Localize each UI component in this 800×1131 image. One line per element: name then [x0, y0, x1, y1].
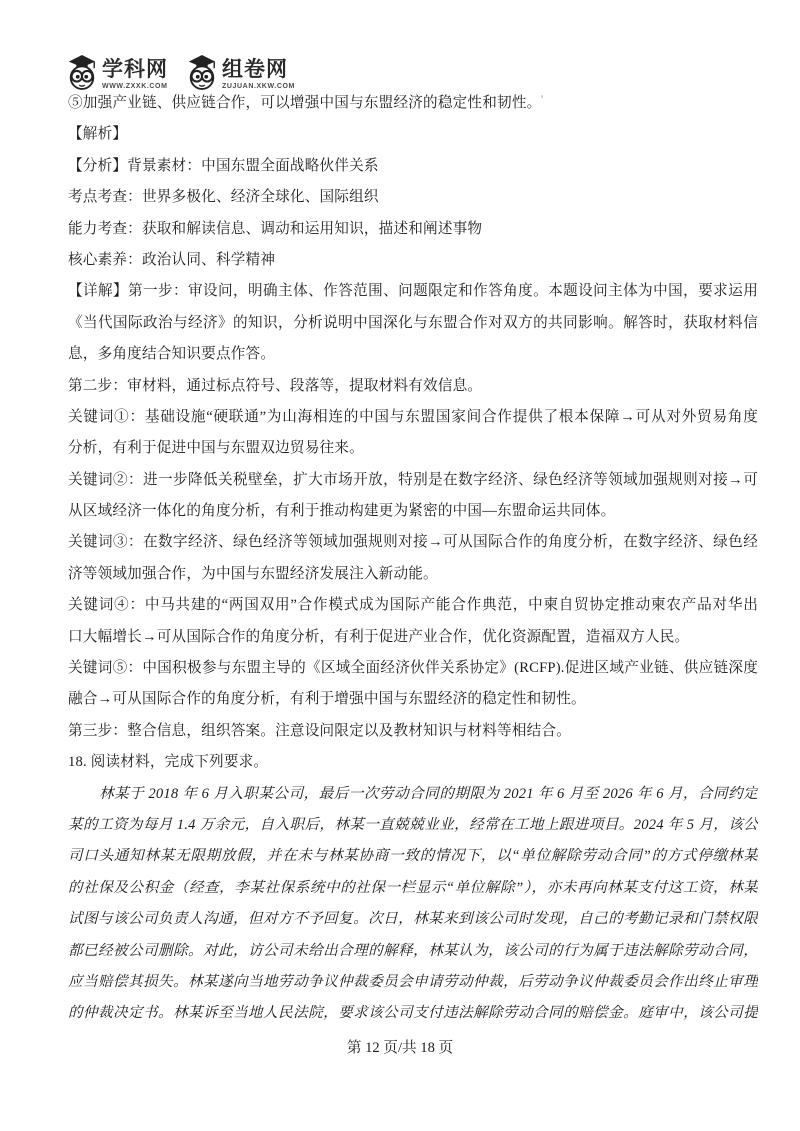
text-line: 都已经被公司删除。对此，访公司未给出合理的解释，林某认为，该公司的行为属于违法解… — [68, 936, 758, 967]
page-number-footer: 第 12 页/共 18 页 — [0, 1036, 800, 1057]
text-line: 关键词①：基础设施“硬联通”为山海相连的中国与东盟国家间合作提供了根本保障→可从… — [68, 402, 758, 433]
logo-name: 学科网 — [102, 59, 168, 80]
text-line: 某的工资为每月 1.4 万余元，自入职后，林某一直兢兢业业，经常在工地上跟进项目… — [68, 810, 758, 841]
text-line: 【详解】第一步：审设问，明确主体、作答范围、问题限定和作答角度。本题设问主体为中… — [68, 276, 758, 307]
text-line: ⑤加强产业链、供应链合作，可以增强中国与东盟经济的稳定性和韧性。 — [68, 88, 758, 119]
text-line: 《当代国际政治与经济》的知识，分析说明中国深化与东盟合作对双方的共同影响。解答时… — [68, 308, 758, 339]
text-line: 18. 阅读材料，完成下列要求。 — [68, 747, 758, 778]
text-line: 考点考查：世界多极化、经济全球化、国际组织 — [68, 182, 758, 213]
text-line: 口大幅增长→可从国际合作的角度分析，有利于促进产业合作，优化资源配置，造福双方人… — [68, 622, 758, 653]
text-line: 关键词③：在数字经济、绿色经济等领域加强规则对接→可从国际合作的角度分析，在数字… — [68, 527, 758, 558]
text-line: 的仲裁决定书。林某诉至当地人民法院，要求该公司支付违法解除劳动合同的赔偿金。庭审… — [68, 998, 758, 1029]
text-line: 司口头通知林某无限期放假，并在未与林某协商一致的情况下，以“单位解除劳动合同”的… — [68, 841, 758, 872]
text-line: 核心素养：政治认同、科学精神 — [68, 245, 758, 276]
logo-text: 组卷网 zujuan.xkw.com — [222, 59, 295, 90]
text-line: 试图与该公司负责人沟通，但对方不予回复。次日，林某来到该公司时发现，自己的考勤记… — [68, 904, 758, 935]
text-line: 能力考查：获取和解读信息、调动和运用知识，描述和阐述事物 — [68, 214, 758, 245]
text-line: 应当赔偿其损失。林某遂向当地劳动争议仲裁委员会申请劳动仲裁，后劳动争议仲裁委员会… — [68, 967, 758, 998]
logo-name: 组卷网 — [222, 59, 295, 80]
text-line: 息，多角度结合知识要点作答。 — [68, 339, 758, 370]
text-line: 【分析】背景素材：中国东盟全面战略伙伴关系 — [68, 151, 758, 182]
logo-text: 学科网 www.zxxk.com — [102, 59, 168, 90]
text-line: 分析，有利于促进中国与东盟双边贸易往来。 — [68, 433, 758, 464]
text-line: 济等领域加强合作，为中国与东盟经济发展注入新动能。 — [68, 559, 758, 590]
text-line: 【解析】 — [68, 119, 758, 150]
document-body: ⑤加强产业链、供应链合作，可以增强中国与东盟经济的稳定性和韧性。【解析】【分析】… — [68, 88, 758, 1030]
text-line: 关键词④：中马共建的“两国双用”合作模式成为国际产能合作典范，中柬自贸协定推动柬… — [68, 590, 758, 621]
text-line: 的社保及公积金（经查，李某社保系统中的社保一栏显示“单位解除”），亦未再向林某支… — [68, 873, 758, 904]
text-line: 融合→可从国际合作的角度分析，有利于增强中国与东盟经济的稳定性和韧性。 — [68, 684, 758, 715]
text-line: 从区域经济一体化的角度分析，有利于推动构建更为紧密的中国—东盟命运共同体。 — [68, 496, 758, 527]
text-line: 关键词②：进一步降低关税壁垒，扩大市场开放，特别是在数字经济、绿色经济等领域加强… — [68, 465, 758, 496]
text-line: 第三步：整合信息，组织答案。注意设问限定以及教材知识与材料等相结合。 — [68, 716, 758, 747]
text-line: 第二步：审材料，通过标点符号、段落等，提取材料有效信息。 — [68, 371, 758, 402]
document-page: 学科网 www.zxxk.com 组卷网 — [0, 0, 800, 1131]
text-line: 林某于 2018 年 6 月入职某公司，最后一次劳动合同的期限为 2021 年 … — [68, 779, 758, 810]
text-line: 关键词⑤：中国积极参与东盟主导的《区域全面经济伙伴关系协定》(RCFP).促进区… — [68, 653, 758, 684]
